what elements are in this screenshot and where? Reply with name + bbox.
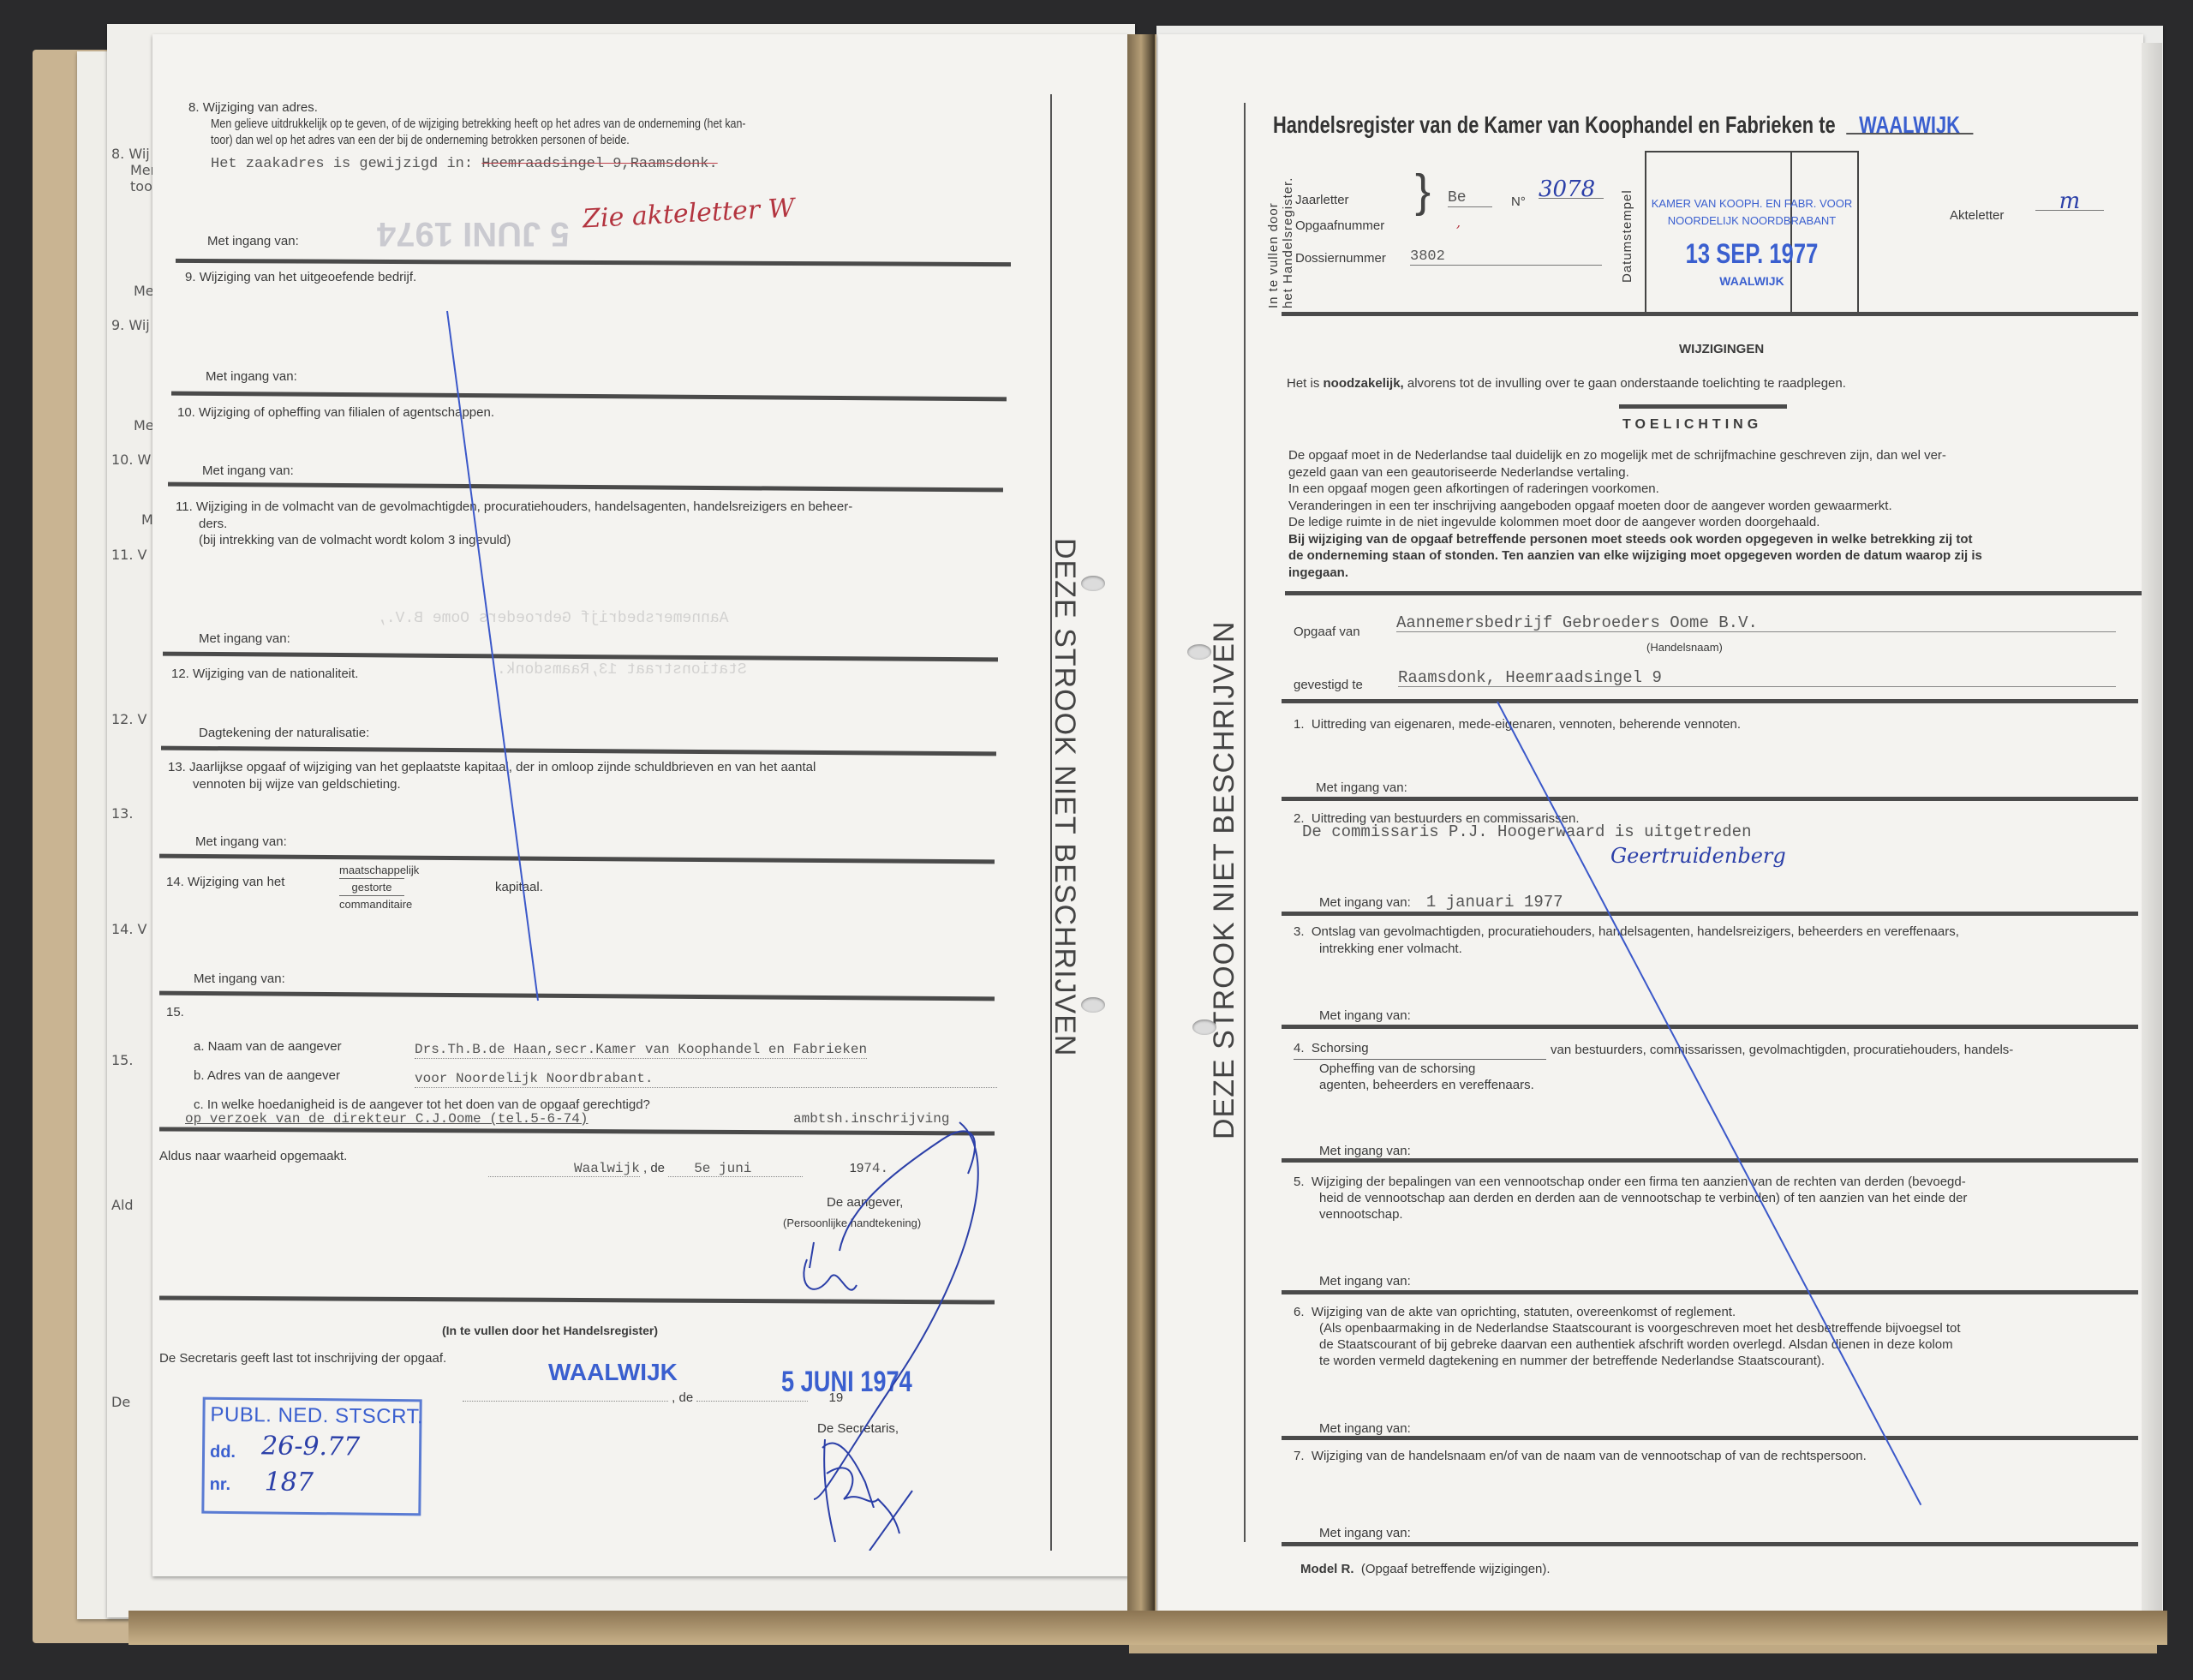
show-through-stamp: 5 JUNI 1974 <box>377 214 570 253</box>
met-ingang-label: Met ingang van: <box>1319 1143 1411 1159</box>
back-fragment: Me <box>134 283 154 299</box>
show-through-text-1: Aannemersbedrijf Gebroeders Oome B.V., <box>377 610 728 627</box>
jaarletter-value: Be <box>1448 190 1492 207</box>
section-4-cont: Opheffing van de schorsing agenten, behe… <box>1319 1061 1534 1093</box>
back-fragment: 14. V <box>111 921 146 937</box>
opgaaf-label: Opgaaf van <box>1294 624 1360 640</box>
back-fragment: De <box>111 1394 130 1410</box>
model-footer: Model R. (Opgaaf betreffende wijzigingen… <box>1300 1561 1551 1577</box>
akteletter-value: m <box>2035 194 2104 211</box>
toelichting-heading: TOELICHTING <box>1622 416 1762 433</box>
kapitaal-label: kapitaal. <box>495 879 543 895</box>
back-fragment: 11. V <box>111 547 146 563</box>
met-ingang-label: Met ingang van: <box>1316 780 1407 796</box>
divider <box>1282 912 2138 916</box>
section-5: 5. Wijziging der bepalingen van een venn… <box>1294 1174 1967 1223</box>
registry-title: Handelsregister van de Kamer van Koophan… <box>1273 117 2171 135</box>
met-ingang-label: Met ingang van: <box>207 233 299 249</box>
aangever-name-value: Drs.Th.B.de Haan,secr.Kamer van Koophand… <box>415 1042 867 1059</box>
dossiernummer-label: Dossiernummer <box>1295 250 1386 266</box>
aangever-address-label: b. Adres van de aangever <box>194 1067 340 1084</box>
aangever-address-value: voor Noordelijk Noordbrabant. <box>415 1071 997 1088</box>
handwritten-place: Geertruidenberg <box>1610 848 1786 864</box>
opgaafnummer-label: Opgaafnummer <box>1295 218 1384 234</box>
divider <box>1282 312 2138 316</box>
show-through-text-2: Stationstraat 13,Raamsdonk. <box>497 661 747 679</box>
section-8-instruction: Men gelieve uitdrukkelijk op te geven, o… <box>211 117 1016 149</box>
met-ingang-label: Met ingang van: <box>195 834 287 850</box>
wijzigingen-heading: WIJZIGINGEN <box>1679 341 1764 357</box>
back-fragment: 12. V <box>111 711 146 727</box>
back-fragment: 9. Wij <box>111 317 150 333</box>
section-10: 10. Wijziging of opheffing van filialen … <box>177 404 494 421</box>
jaarletter-label: Jaarletter <box>1295 192 1349 208</box>
datumstempel-label: Datumstempel <box>1619 189 1635 283</box>
punch-hole <box>1081 576 1105 591</box>
met-ingang-label: Met ingang van: <box>194 971 285 987</box>
gevestigd-label: gevestigd te <box>1294 677 1363 693</box>
met-ingang-label: Met ingang van: <box>1319 1420 1411 1437</box>
back-fragment: 10. W <box>111 451 151 468</box>
section-6: 6. Wijziging van de akte van oprichting,… <box>1294 1304 1961 1369</box>
place-stamp: WAALWIJK <box>548 1364 678 1380</box>
section-8: 8. Wijziging van adres. <box>188 99 1011 116</box>
handwritten-note-red: Zie akteletter W <box>583 200 795 228</box>
back-fragment: M <box>141 511 153 528</box>
bottom-folder-edge <box>128 1611 2167 1645</box>
back-fragment: Ald <box>111 1197 134 1213</box>
toelichting-body: De opgaaf moet in de Nederlandse taal du… <box>1288 447 2136 581</box>
akteletter-label: Akteletter <box>1950 207 2004 224</box>
capital-type-options: maatschappelijk gestorte commanditaire <box>339 862 404 912</box>
strip-text-right: DEZE STROOK NIET BESCHRIJVEN <box>1208 621 1241 1139</box>
section-11: 11. Wijziging in de volmacht van de gevo… <box>176 499 1015 515</box>
divider <box>1282 797 2138 801</box>
punch-hole <box>1187 644 1211 660</box>
met-ingang-label: Met ingang van: <box>206 368 297 385</box>
strip-border-right <box>1244 103 1246 1542</box>
handelsnaam-value: Aannemersbedrijf Gebroeders Oome B.V. <box>1396 615 2116 632</box>
section-1: 1. Uittreding van eigenaren, mede-eigena… <box>1294 716 1741 732</box>
met-ingang-label: Met ingang van: <box>1319 1007 1411 1024</box>
back-fragment: 13. <box>111 805 133 822</box>
section-15-number: 15. <box>166 1004 184 1020</box>
met-ingang-label: Met ingang van: <box>1319 1273 1411 1289</box>
aangever-name-label: a. Naam van de aangever <box>194 1038 342 1055</box>
handelsnaam-caption: (Handelsnaam) <box>1646 639 1723 655</box>
dossiernummer-value: 3802 <box>1410 248 1602 266</box>
back-fragment: 15. <box>111 1052 133 1068</box>
notice-text: Het is noodzakelijk, alvorens tot de inv… <box>1287 375 1846 392</box>
section-11-cont: ders. (bij intrekking van de volmacht wo… <box>199 516 511 548</box>
strip-text-left: DEZE STROOK NIET BESCHRIJVEN <box>1048 538 1081 1056</box>
no-label: N° <box>1511 194 1526 210</box>
side-label: In te vullen door het Handelsregister. <box>1266 177 1295 308</box>
divider <box>1282 1542 2138 1546</box>
secretaris-text: De Secretaris geeft last tot inschrijvin… <box>159 1350 446 1366</box>
divider <box>1282 1436 2138 1440</box>
opgaaf-number-value: 3078 <box>1539 182 1604 199</box>
typed-address-change: Het zaakadres is gewijzigd in: Heemraads… <box>211 156 718 172</box>
book-spine <box>1127 34 1155 1645</box>
opgaafnummer-mark: , <box>1456 214 1461 230</box>
divider <box>1282 699 2138 703</box>
divider <box>1285 591 2142 595</box>
section-3: 3. Ontslag van gevolmachtigden, procurat… <box>1294 924 1959 940</box>
section-13: 13. Jaarlijkse opgaaf of wijziging van h… <box>168 759 1012 775</box>
publication-stamp: PUBL. NED. STSCRT. dd. 26-9.77 nr. 187 <box>201 1397 421 1516</box>
punch-hole <box>1192 1019 1216 1035</box>
section-3-cont: intrekking ener volmacht. <box>1319 941 1462 957</box>
registry-header: (In te vullen door het Handelsregister) <box>442 1323 658 1339</box>
section-4-title: van bestuurders, commissarissen, gevolma… <box>1551 1042 2013 1058</box>
divider <box>1282 1025 2138 1029</box>
gevestigd-value: Raamsdonk, Heemraadsingel 9 <box>1398 670 2116 687</box>
aangever-capacity-value: op verzoek van de direkteur C.J.Oome (te… <box>185 1111 588 1127</box>
section-14: 14. Wijziging van het <box>166 874 284 890</box>
signature-secretaris <box>818 1439 921 1551</box>
naturalisatie-label: Dagtekening der naturalisatie: <box>199 725 369 741</box>
met-ingang-label: Met ingang van: <box>199 631 290 647</box>
divider-short <box>1619 404 1787 409</box>
aldus-label: Aldus naar waarheid opgemaakt. <box>159 1148 347 1164</box>
schorsing-option-divider <box>1294 1059 1546 1060</box>
brace: } <box>1415 183 1431 200</box>
commissaris-typed: De commissaris P.J. Hoogerwaard is uitge… <box>1302 824 1752 840</box>
section-4: 4. Schorsing <box>1294 1040 1369 1056</box>
met-ingang-label: Met ingang van: <box>202 463 294 479</box>
section-7: 7. Wijziging van de handelsnaam en/of va… <box>1294 1448 1867 1464</box>
divider <box>1282 1158 2138 1163</box>
section-9: 9. Wijziging van het uitgeoefende bedrij… <box>185 269 416 285</box>
struck-old-address: Heemraadsingel 9,Raamsdonk. <box>481 156 717 172</box>
section-13-cont: vennoten bij wijze van geldschieting. <box>193 776 401 792</box>
page-stack-edge <box>2142 43 2162 1611</box>
met-ingang-label: Met ingang van: <box>1319 1525 1411 1541</box>
back-fragment: Me <box>134 417 154 433</box>
chamber-stamp: KAMER VAN KOOPH. EN FABR. VOOR NOORDELIJ… <box>1646 195 1857 290</box>
punch-hole <box>1081 997 1105 1013</box>
section-2-met-ingang: Met ingang van: 1 januari 1977 <box>1319 894 1563 911</box>
divider <box>1282 1290 2138 1294</box>
section-12: 12. Wijziging van de nationaliteit. <box>171 666 358 682</box>
